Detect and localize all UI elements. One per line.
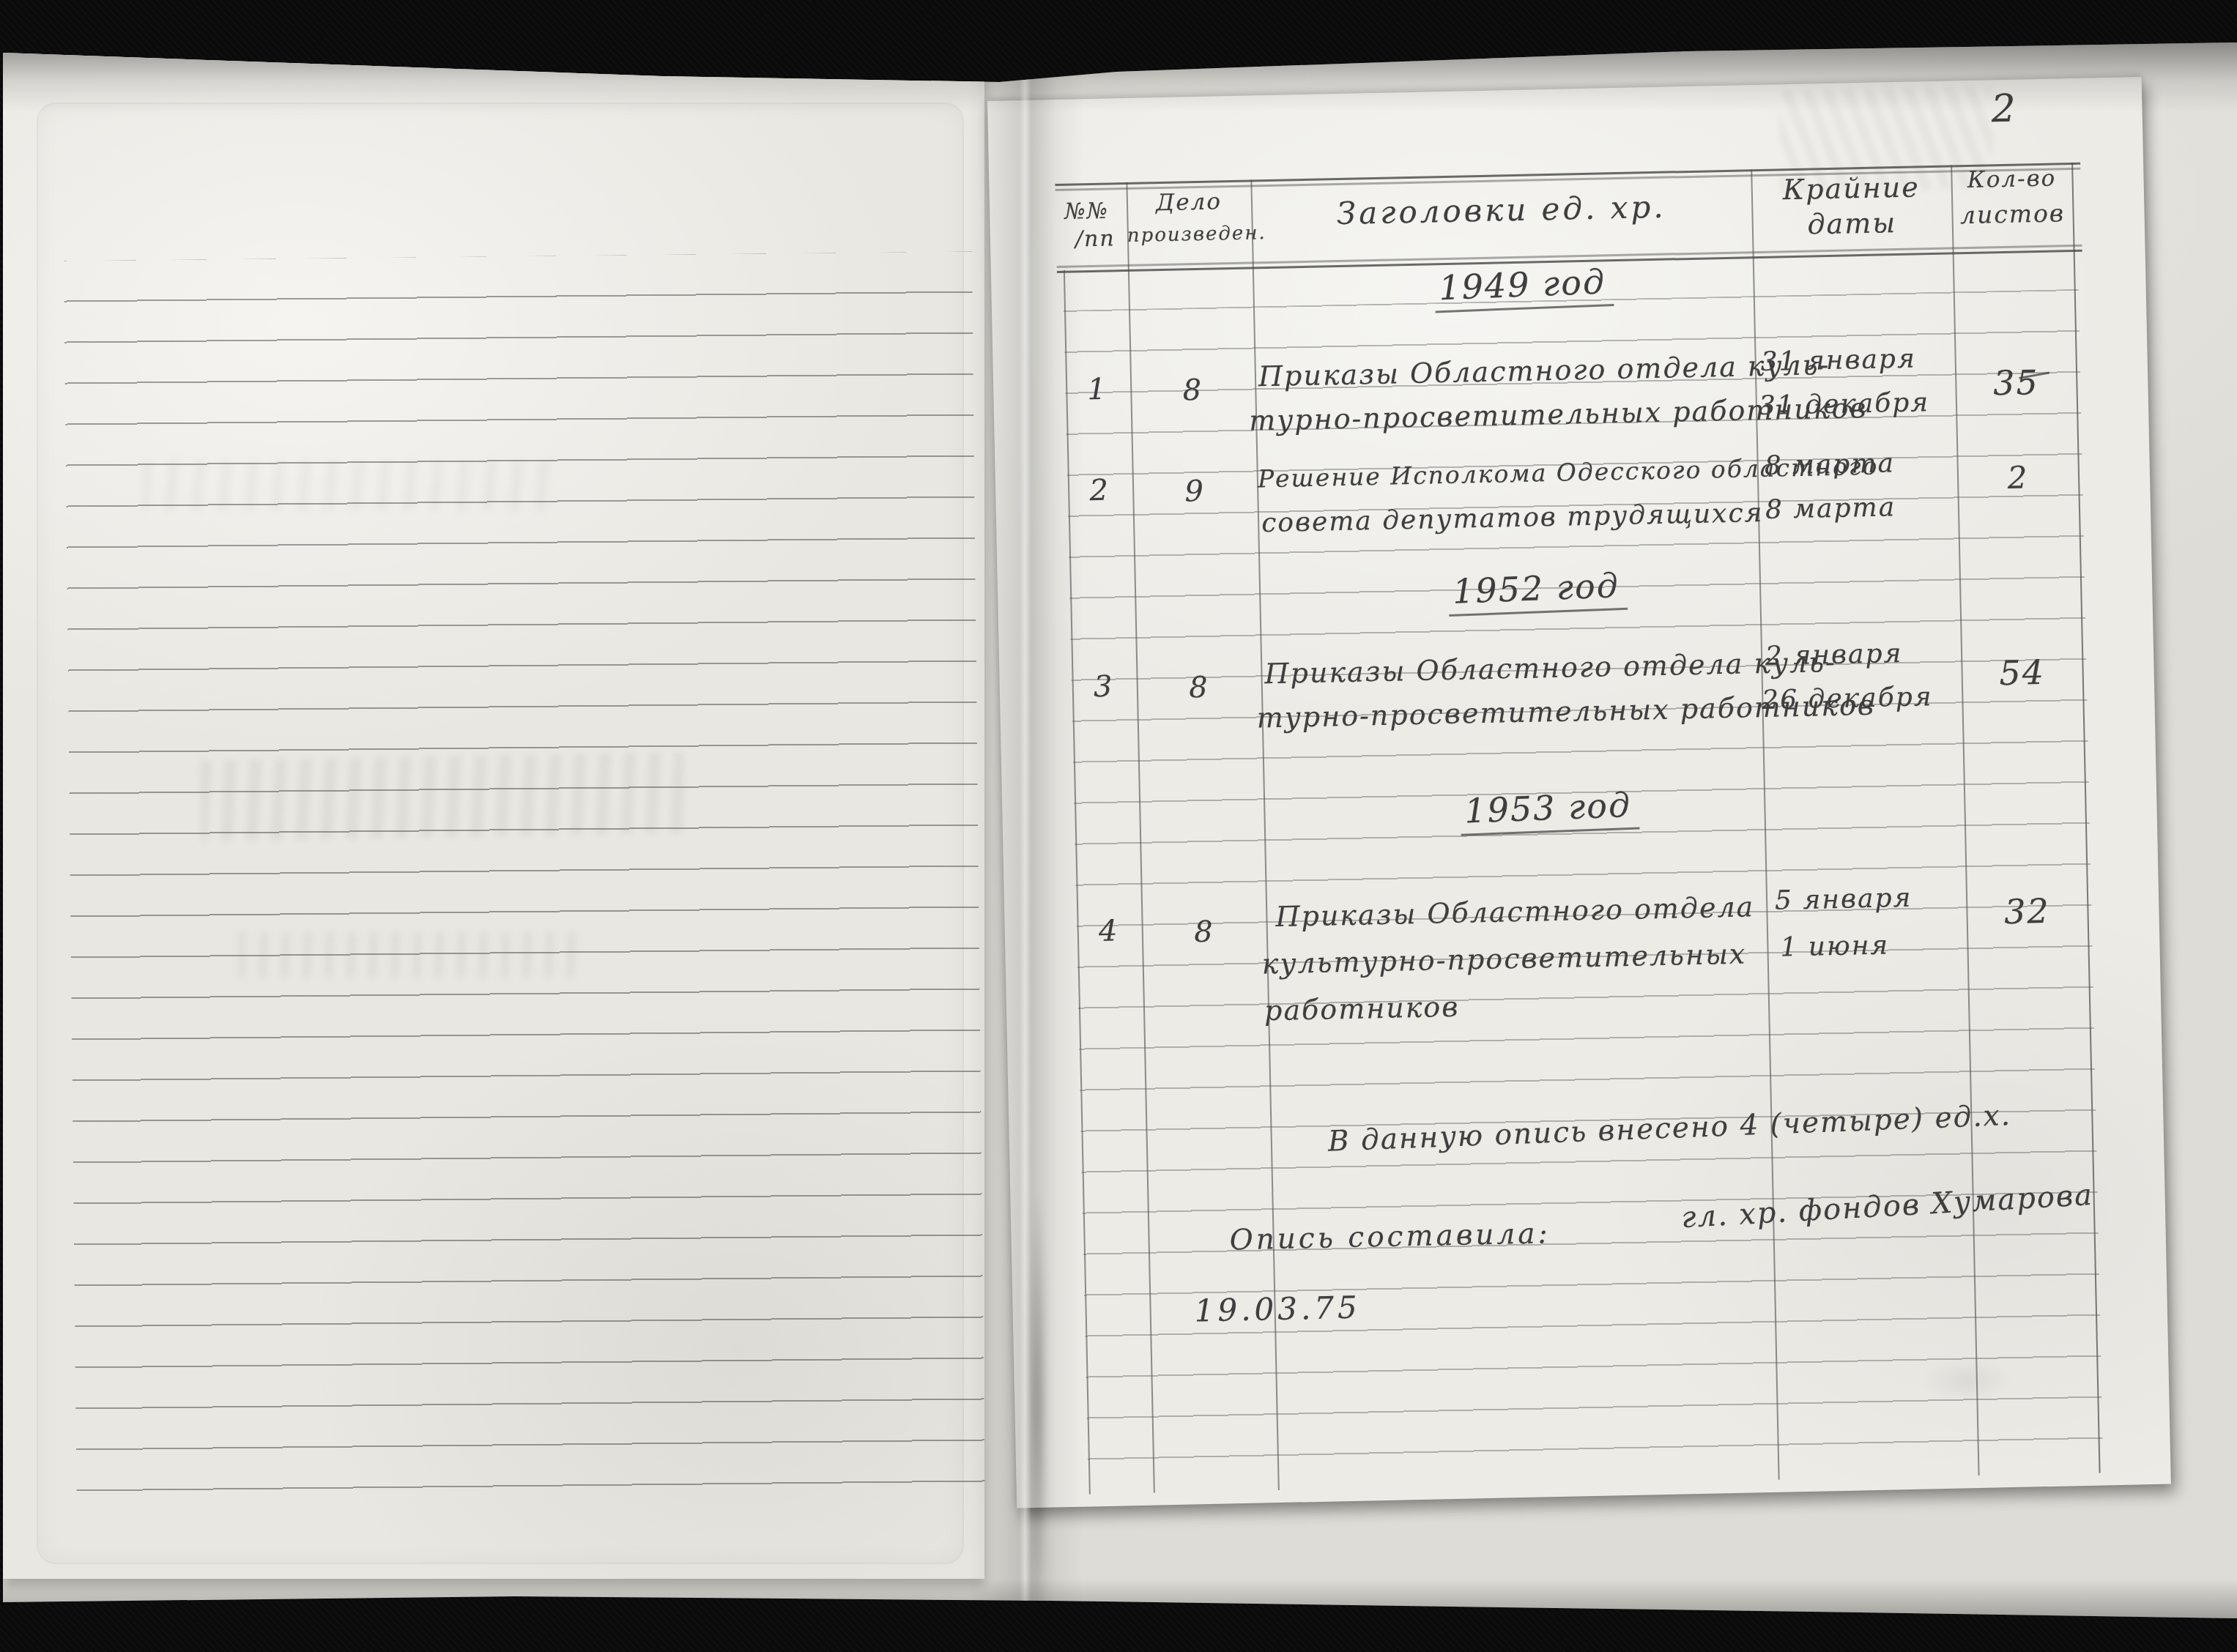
- row1-date-start: 31 января: [1760, 346, 1916, 376]
- open-book: 2 №№ /пп Дело произведен. Заголовк: [3, 42, 2237, 1623]
- row4-sheets-count: 32: [1966, 893, 2088, 929]
- archive-photo-scene: 2 №№ /пп Дело произведен. Заголовк: [0, 0, 2237, 1652]
- row2-delo: 9: [1132, 475, 1258, 507]
- inventory-table: №№ /пп Дело произведен. Заголовки ед. хр…: [1062, 163, 2100, 1495]
- row3-date-end: 26 декабря: [1762, 684, 1933, 714]
- row4-title-line3: работников: [1264, 993, 1460, 1025]
- right-page: 2 №№ /пп Дело произведен. Заголовк: [987, 77, 2171, 1508]
- bottom-edge-shadow: [3, 1579, 2237, 1623]
- row4-date-start: 5 января: [1775, 885, 1913, 915]
- bleed-through-smudge: [142, 460, 552, 511]
- header-delo-line2: произведен.: [1127, 223, 1253, 245]
- year-1949-label: 1949 год: [1434, 264, 1614, 313]
- section-year-1952: 1952 год: [1448, 570, 1628, 615]
- compilation-date: 19.03.75: [1194, 1292, 1361, 1327]
- row4-date-end: 1 июня: [1780, 932, 1890, 961]
- row4-delo: 8: [1141, 916, 1266, 948]
- row3-sheets-count: 54: [1961, 655, 2083, 691]
- bleed-through-smudge: [200, 752, 685, 841]
- section-year-1949: 1949 год: [1434, 266, 1614, 311]
- book-gutter: [968, 42, 1084, 1623]
- row1-date-end: 31 декабря: [1759, 390, 1930, 420]
- section-year-1953: 1953 год: [1460, 789, 1639, 835]
- row2-date-end: 8 марта: [1765, 494, 1896, 524]
- row3-date-start: 2 января: [1765, 641, 1903, 670]
- bleed-through-smudge: [237, 932, 582, 978]
- header-sheets-line2: листов: [1951, 201, 2074, 227]
- year-1953-label: 1953 год: [1459, 787, 1639, 836]
- top-edge-shadow: [3, 42, 2237, 112]
- row2-date-start: 8 марта: [1764, 450, 1895, 480]
- row1-delo: 8: [1130, 374, 1255, 406]
- row3-delo: 8: [1136, 671, 1261, 704]
- left-page: [3, 50, 984, 1579]
- left-page-ruled-lines: [64, 252, 985, 1530]
- header-dates-line1: Крайние: [1751, 172, 1951, 204]
- header-delo-line1: Дело: [1127, 190, 1252, 215]
- year-1952-label: 1952 год: [1447, 568, 1628, 617]
- gutter-crease: [1027, 1185, 1047, 1624]
- row2-sheets-count: 2: [1957, 461, 2080, 494]
- header-dates-line2: даты: [1751, 207, 1952, 239]
- row1-sheets-count: 35: [1955, 365, 2077, 401]
- composed-by-label: Опись составила:: [1229, 1219, 1551, 1254]
- row4-no: 4: [1076, 916, 1141, 947]
- header-titles: Заголовки ед. хр.: [1251, 190, 1752, 231]
- header-sheets-line1: Кол-во: [1951, 167, 2073, 192]
